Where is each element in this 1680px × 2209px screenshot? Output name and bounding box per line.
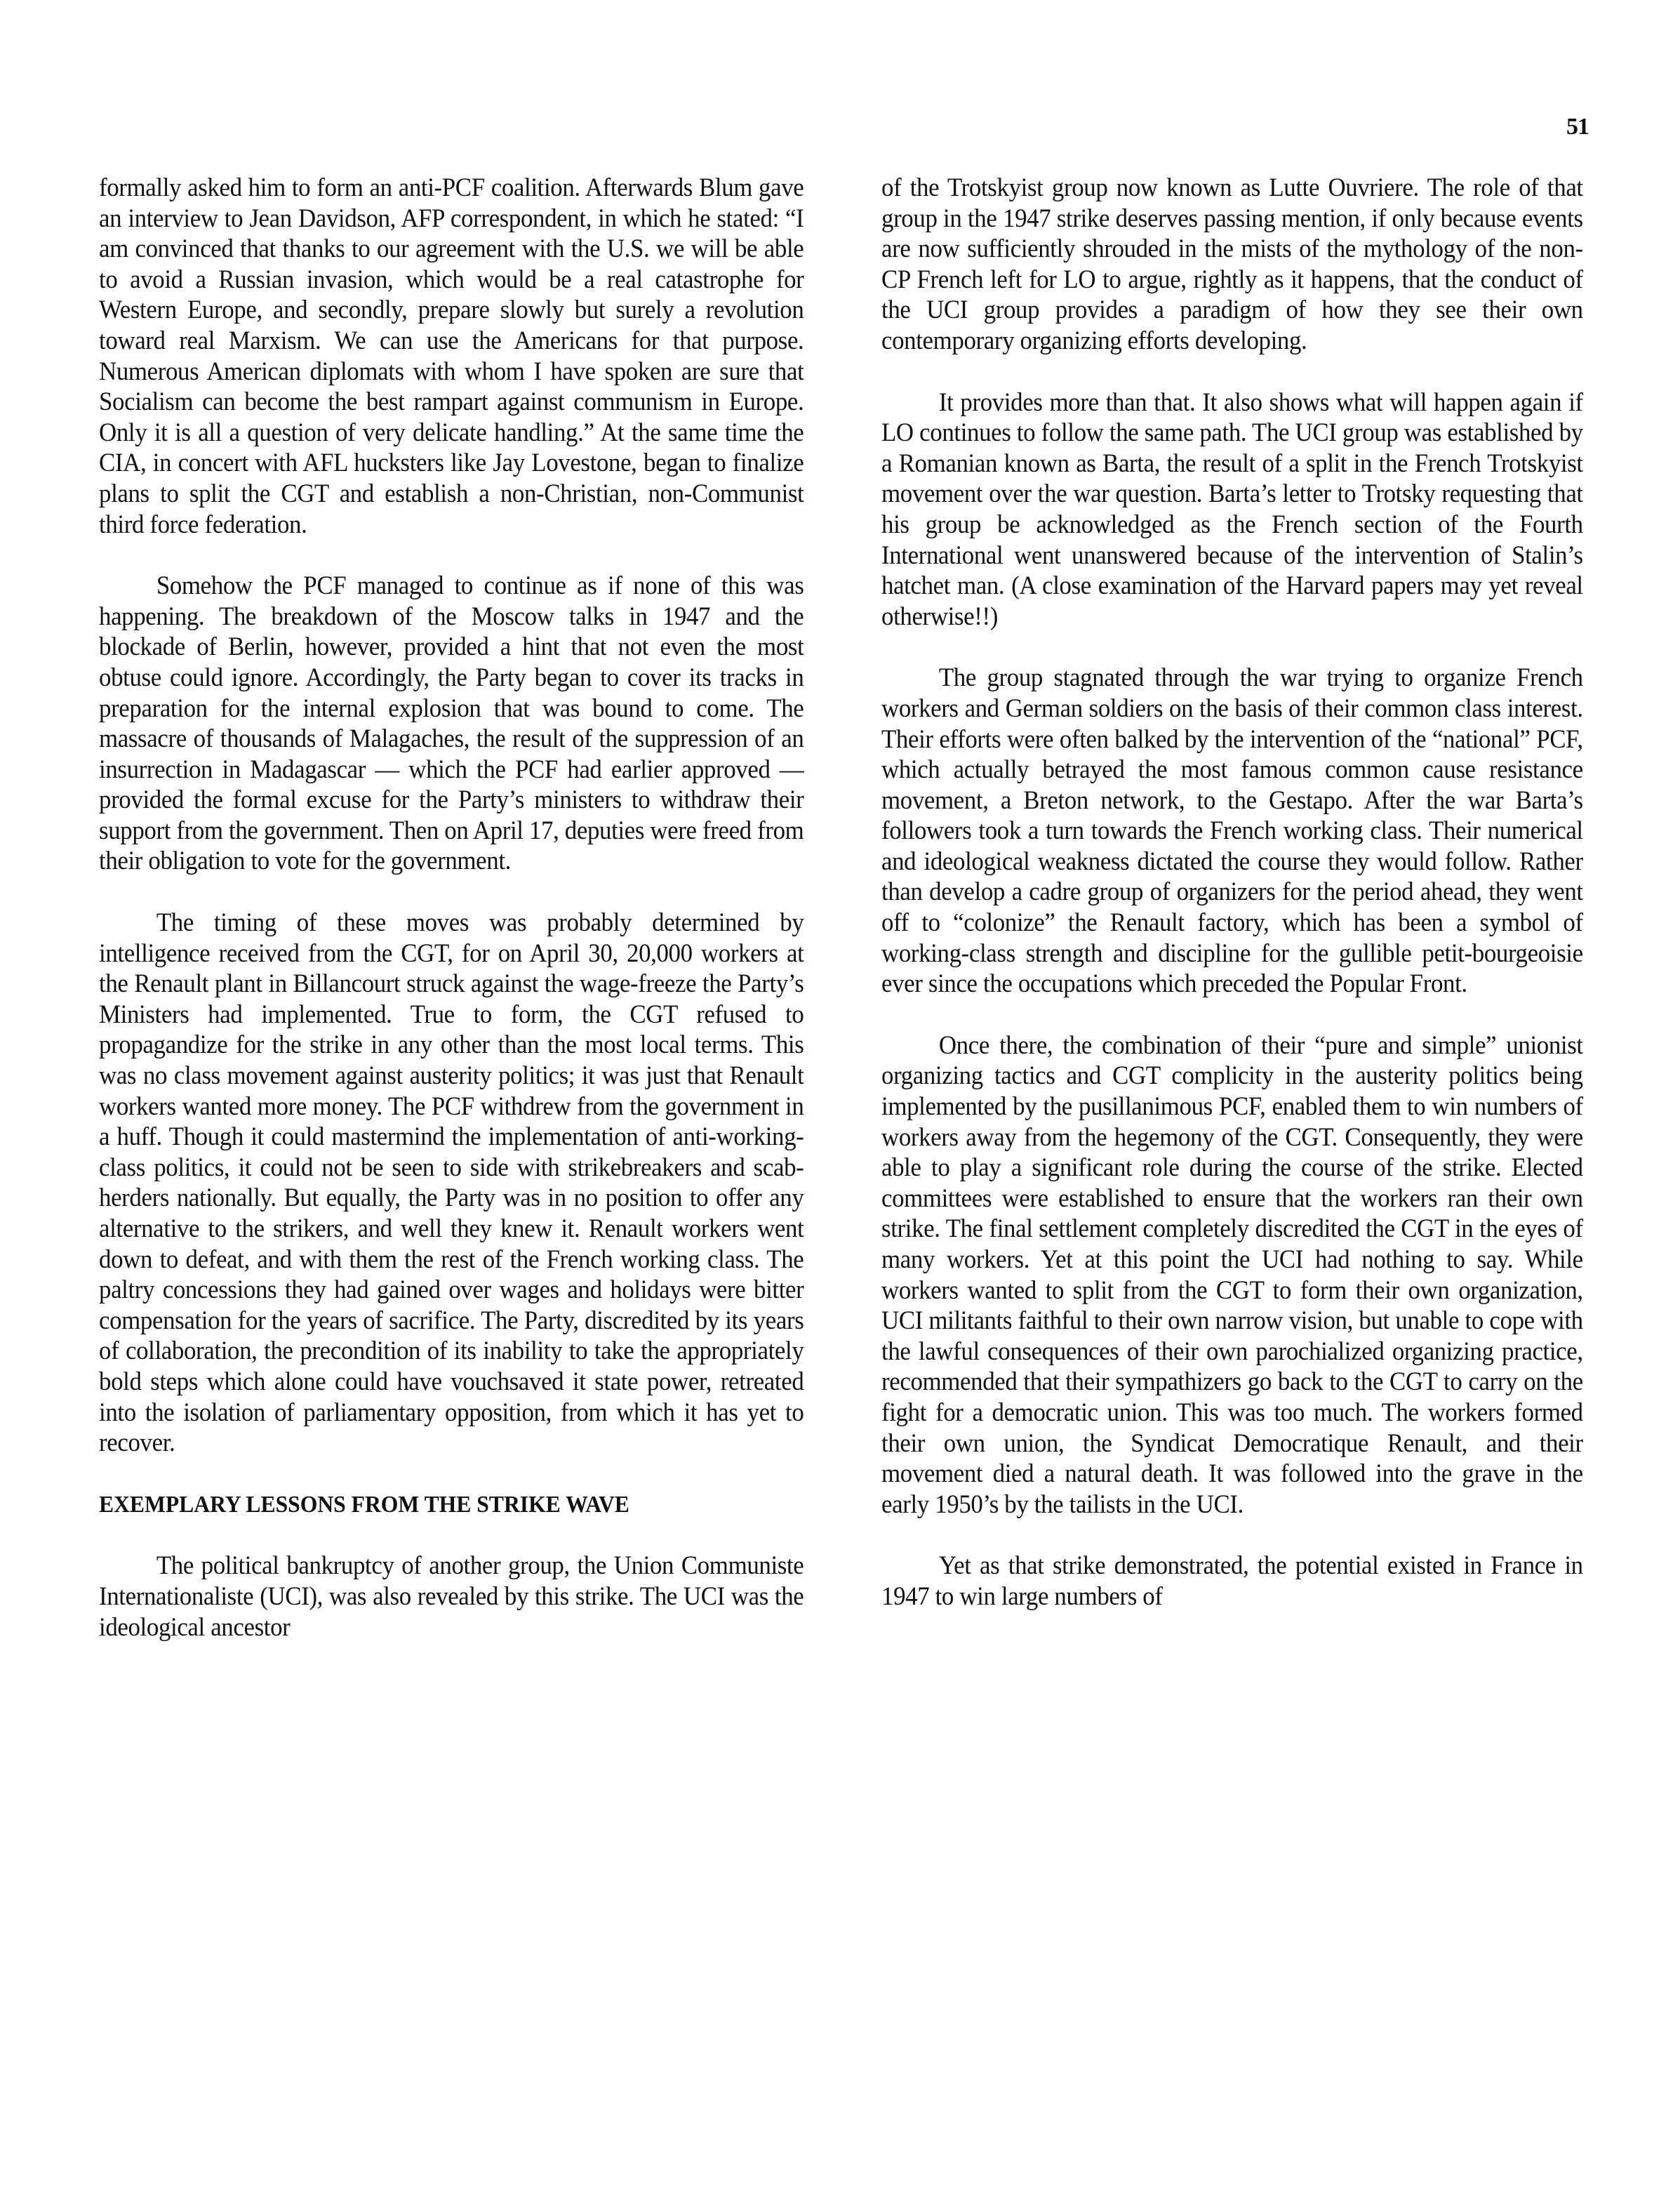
right-column: of the Trotskyist group now known as Lut… [881,173,1583,1612]
paragraph-gap [881,632,1583,663]
paragraph: The timing of these moves was probably d… [99,908,804,1459]
paragraph-gap [881,1520,1583,1551]
paragraph-gap [99,540,805,571]
paragraph: The political bankruptcy of another grou… [99,1551,804,1643]
paragraph-gap [99,1520,805,1551]
page-number: 51 [1566,114,1589,140]
paragraph: formally asked him to form an anti-PCF c… [99,173,804,540]
paragraph: The group stagnated through the war tryi… [881,663,1583,1000]
paragraph: It provides more than that. It also show… [881,387,1583,632]
left-column: formally asked him to form an anti-PCF c… [99,173,805,1643]
paragraph-gap [99,1459,805,1490]
section-heading: EXEMPLARY LESSONS FROM THE STRIKE WAVE [99,1490,804,1520]
paragraph-gap [881,357,1583,387]
paragraph: Once there, the combination of their “pu… [881,1030,1583,1520]
paragraph: of the Trotskyist group now known as Lut… [881,173,1583,357]
paragraph-gap [99,877,805,908]
paragraph-gap [881,1000,1583,1030]
paragraph: Somehow the PCF managed to continue as i… [99,571,804,877]
paragraph: Yet as that strike demonstrated, the pot… [881,1551,1583,1612]
